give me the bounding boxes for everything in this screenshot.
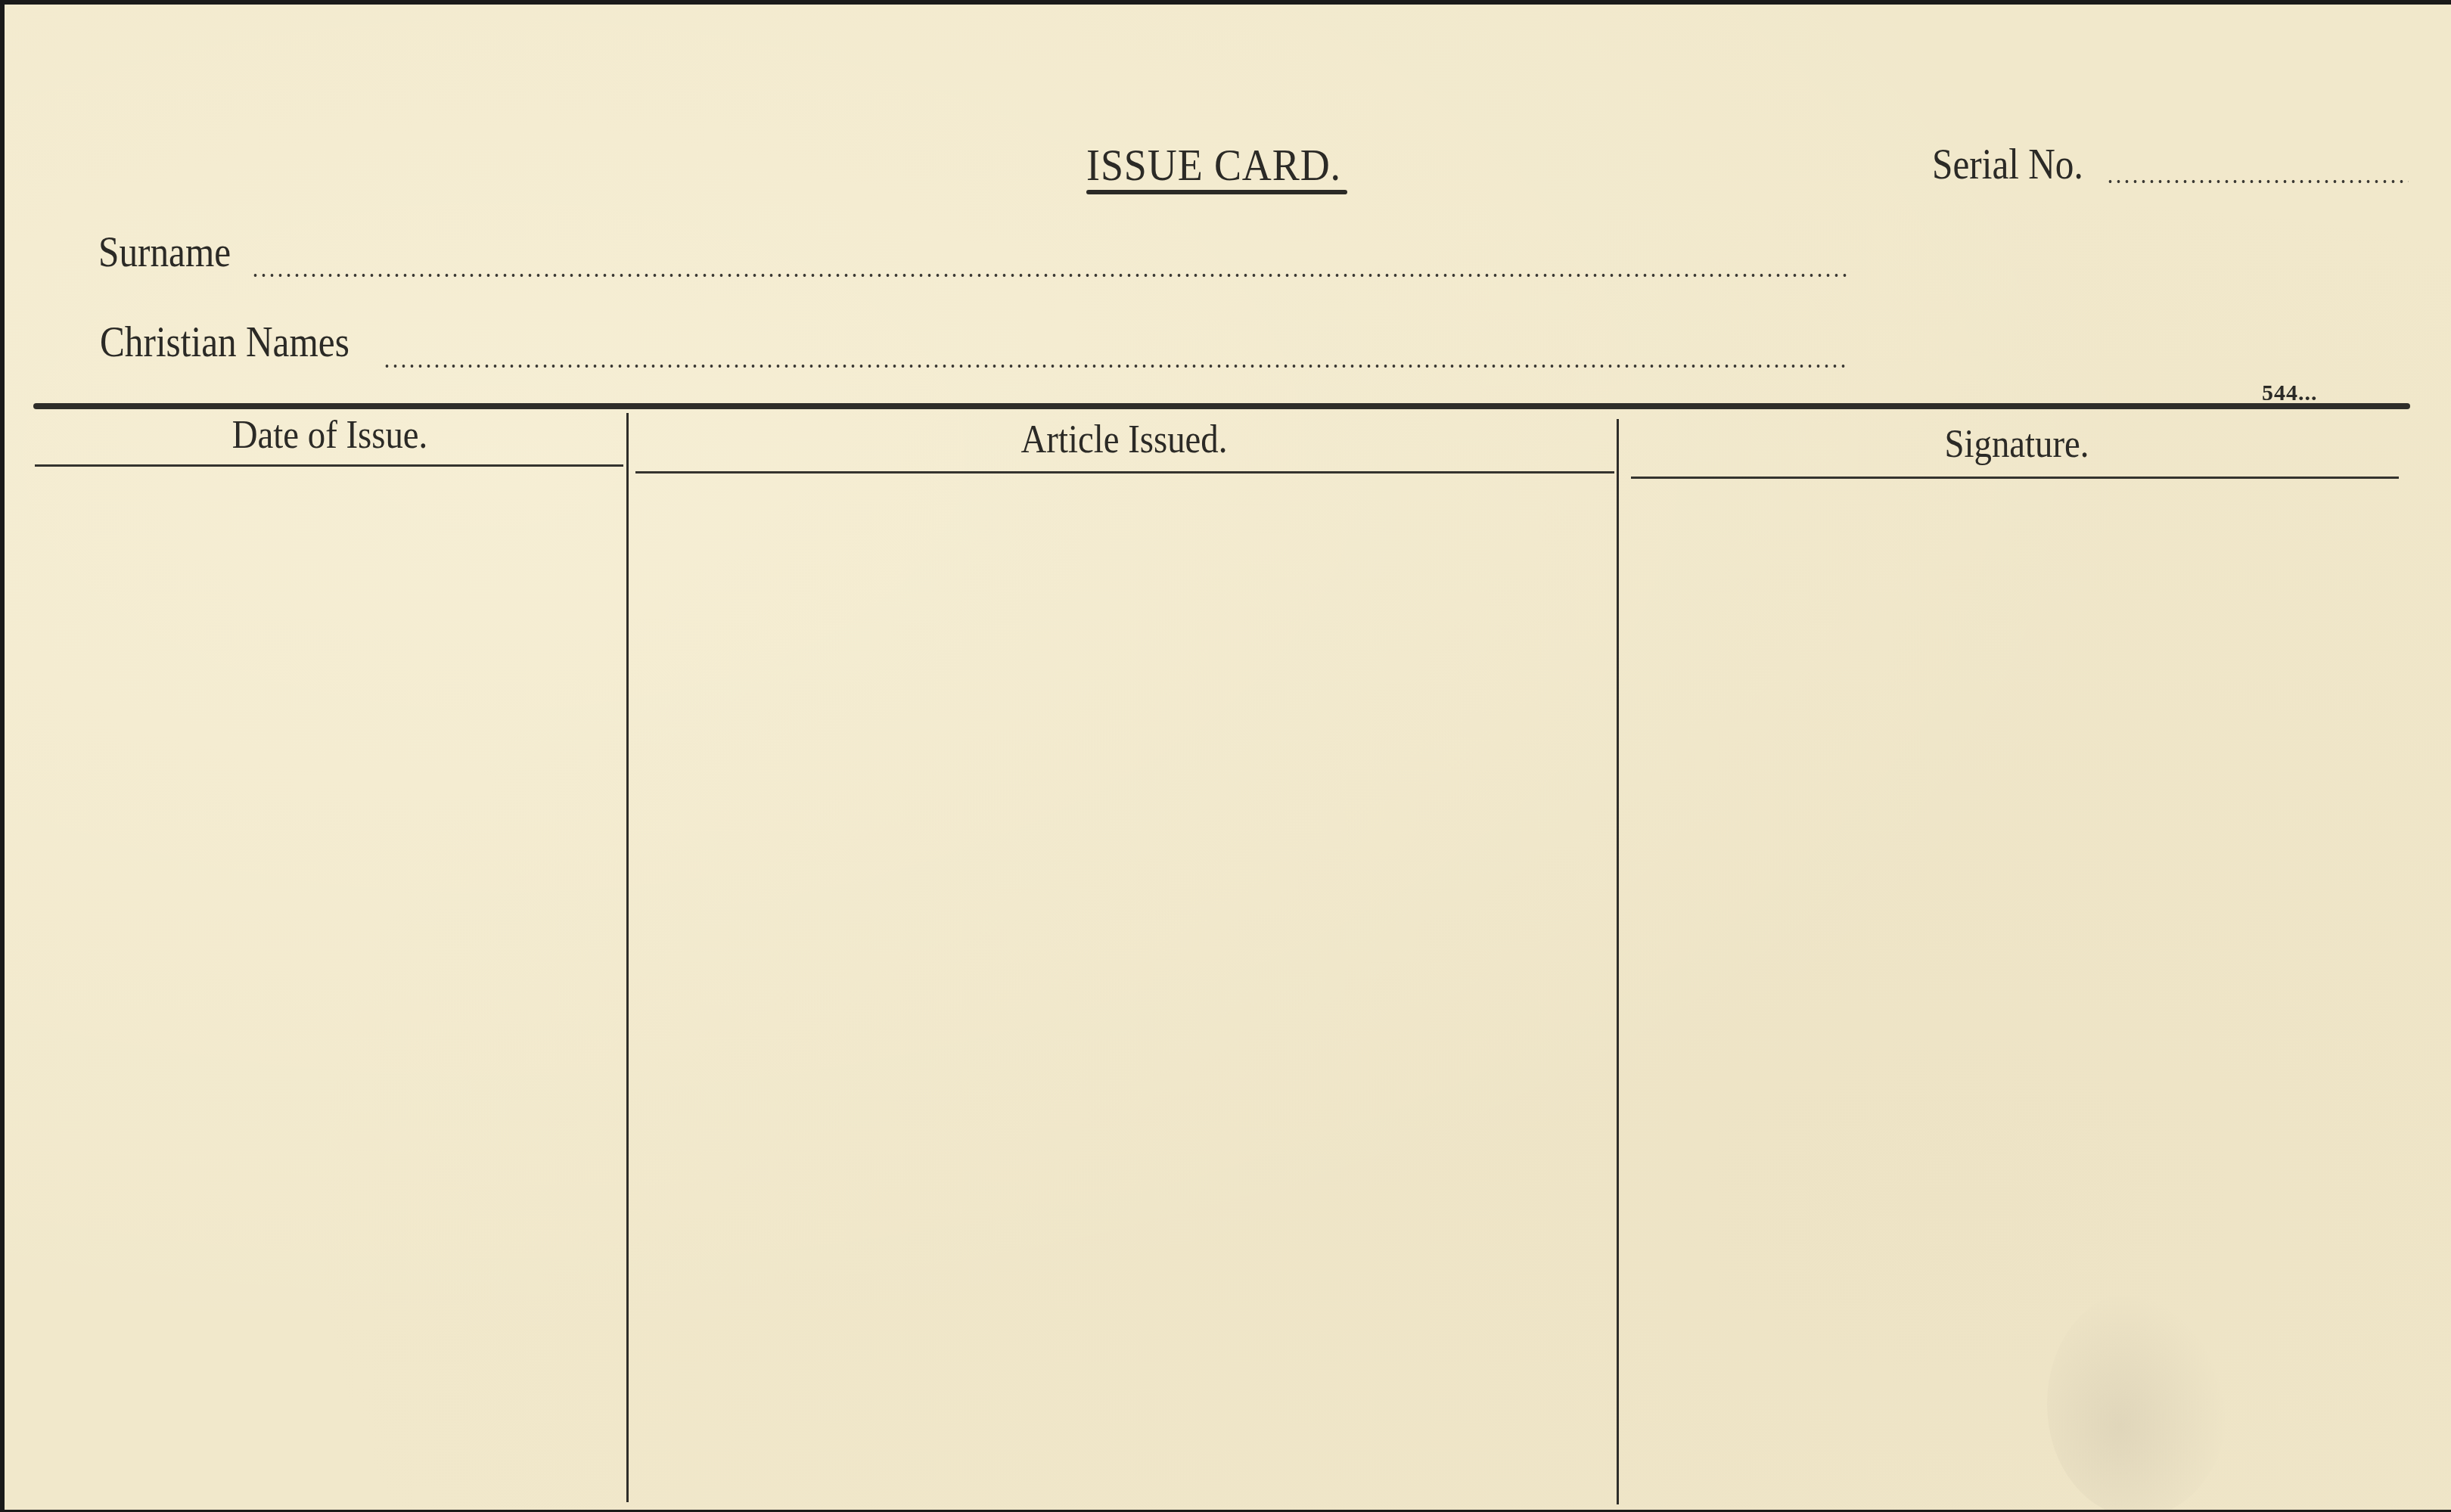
signature-column-body[interactable] — [1621, 481, 2408, 1502]
column-rule-signature — [1631, 477, 2399, 479]
surname-field[interactable] — [251, 274, 1849, 277]
christian-names-label: Christian Names — [100, 318, 349, 367]
issue-card: ISSUE CARD. Serial No. Surname Christian… — [5, 5, 2451, 1510]
serial-no-label: Serial No. — [1932, 141, 2083, 189]
form-number: 544... — [2262, 380, 2318, 406]
date-of-issue-column-body[interactable] — [35, 481, 625, 1502]
christian-names-field[interactable] — [383, 365, 1849, 368]
serial-no-field[interactable] — [2106, 180, 2409, 183]
column-divider-2 — [1617, 419, 1619, 1504]
column-header-date-of-issue: Date of Issue. — [64, 413, 595, 458]
column-header-article-issued: Article Issued. — [682, 418, 1567, 462]
header-rule — [33, 403, 2410, 409]
title-underline — [1086, 190, 1347, 194]
article-issued-column-body[interactable] — [631, 481, 1614, 1502]
column-header-signature: Signature. — [1663, 422, 2371, 467]
paper-smudge — [2047, 1290, 2229, 1510]
column-rule-article-issued — [635, 471, 1614, 473]
surname-label: Surname — [98, 228, 231, 277]
card-title: ISSUE CARD. — [1086, 139, 1341, 191]
column-rule-date-of-issue — [35, 464, 623, 467]
column-divider-1 — [626, 413, 629, 1502]
